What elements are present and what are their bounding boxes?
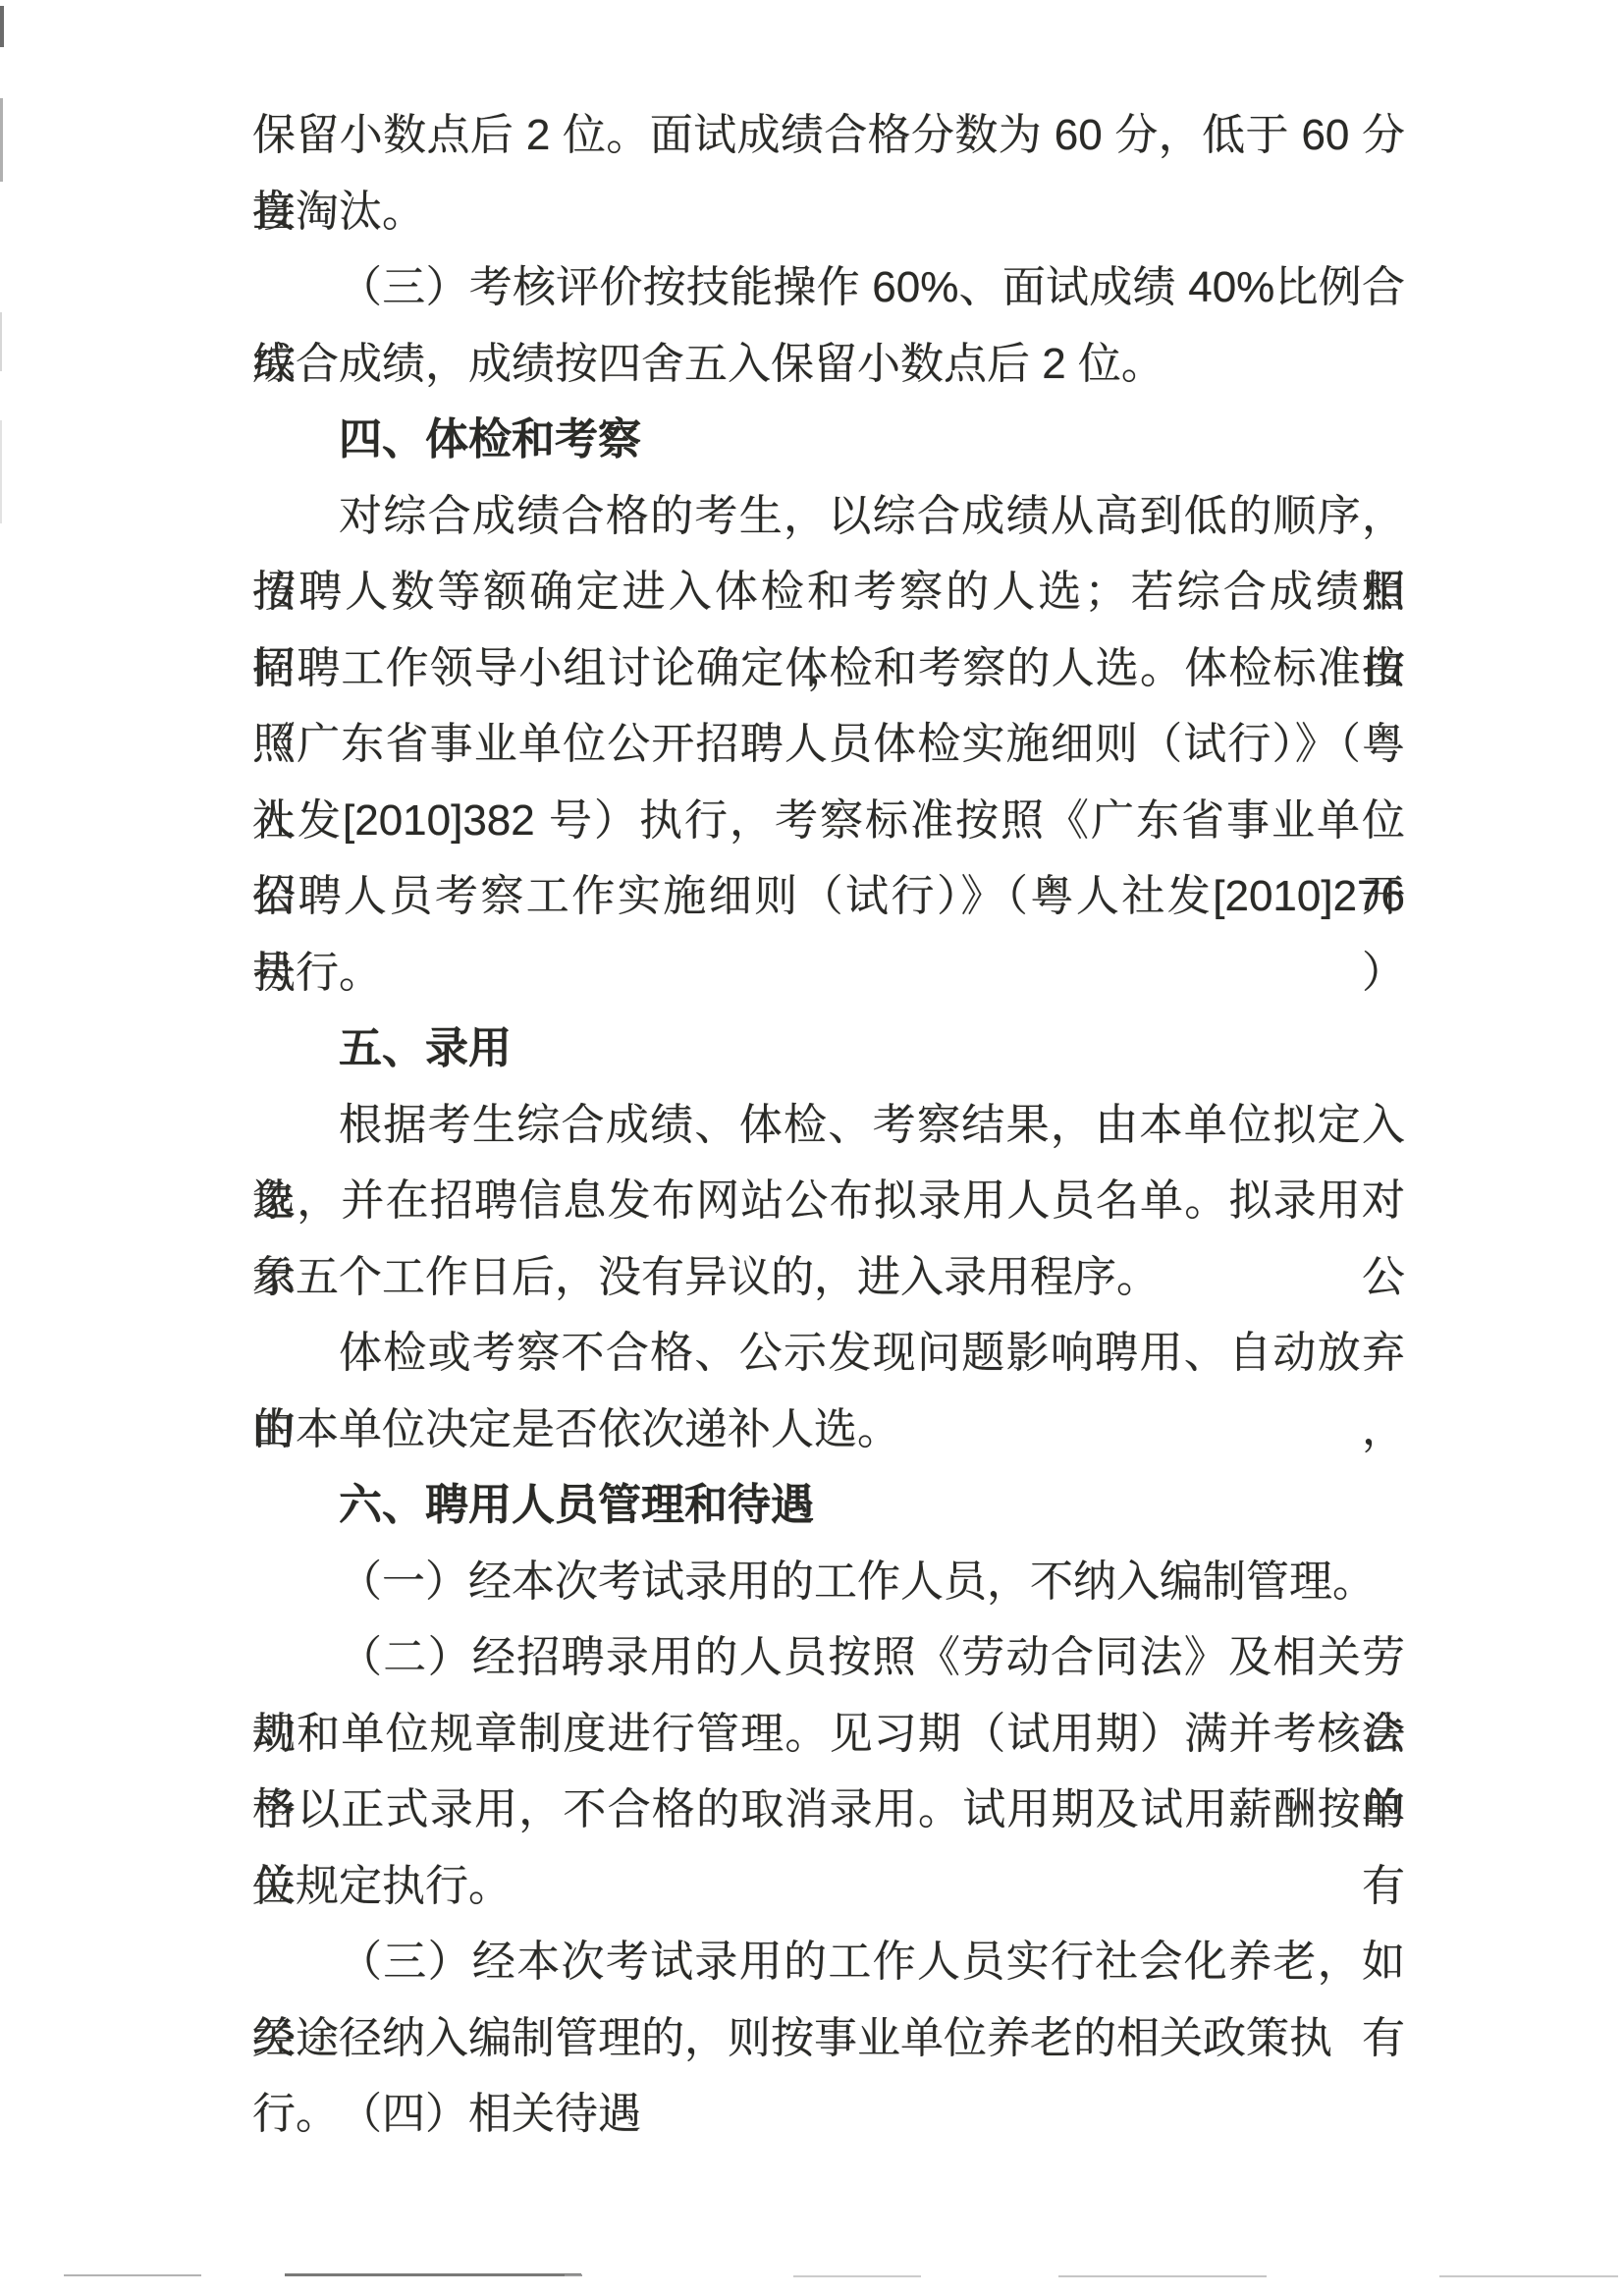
text-line: （三）经本次考试录用的工作人员实行社会化养老，如经有: [252, 1924, 1405, 2000]
text-line: 招聘人员考察工作实施细则（试行）》（粤人社发[2010]276 号）: [252, 858, 1405, 935]
text-line: 保留小数点后 2 位。面试成绩合格分数为 60 分，低于 60 分直: [252, 97, 1405, 174]
section-heading: 六、聘用人员管理和待遇: [252, 1467, 1405, 1544]
text-line: 《广东省事业单位公开招聘人员体检实施细则（试行）》（粤人: [252, 706, 1405, 783]
text-line: 接淘汰。: [252, 174, 1405, 250]
text-line: 综合成绩，成绩按四舍五入保留小数点后 2 位。: [252, 326, 1405, 403]
scan-bottom-artifact: [793, 2275, 921, 2277]
scan-bottom-artifact: [285, 2273, 581, 2276]
scan-edge-artifact: [0, 98, 3, 182]
scan-bottom-artifact: [64, 2274, 201, 2276]
scan-edge-artifact: [0, 312, 2, 371]
text-line: 招聘人数等额确定进入体检和考察的人选；若综合成绩相同，由: [252, 554, 1405, 630]
section-heading: 五、录用: [252, 1011, 1405, 1087]
text-line: 招聘工作领导小组讨论确定体检和考察的人选。体检标准按照: [252, 630, 1405, 707]
scan-bottom-artifact: [1058, 2275, 1267, 2277]
text-line: （二）经招聘录用的人员按照《劳动合同法》及相关劳动法: [252, 1619, 1405, 1696]
text-line: （四）相关待遇: [252, 2076, 1405, 2153]
section-heading: 四、体检和考察: [252, 402, 1405, 478]
text-line: 根据考生综合成绩、体检、考察结果，由本单位拟定入选对: [252, 1087, 1405, 1164]
scan-bottom-artifact: [1439, 2275, 1618, 2277]
text-line: 象，并在招聘信息发布网站公布拟录用人员名单。拟录用对象公: [252, 1163, 1405, 1239]
text-line: 社发[2010]382 号）执行，考察标准按照《广东省事业单位公开: [252, 783, 1405, 859]
text-line: 体检或考察不合格、公示发现问题影响聘用、自动放弃的，: [252, 1315, 1405, 1392]
scanned-document-page: 保留小数点后 2 位。面试成绩合格分数为 60 分，低于 60 分直 接淘汰。 …: [0, 0, 1623, 2296]
scan-bottom-artifact: [565, 2274, 582, 2276]
text-line: 关途径纳入编制管理的，则按事业单位养老的相关政策执行。: [252, 2000, 1405, 2077]
document-body: 保留小数点后 2 位。面试成绩合格分数为 60 分，低于 60 分直 接淘汰。 …: [252, 97, 1405, 2153]
scan-edge-artifact: [0, 6, 4, 47]
scan-edge-artifact: [0, 420, 2, 523]
text-line: 规和单位规章制度进行管理。见习期（试用期）满并考核合格的: [252, 1696, 1405, 1773]
text-line: 予以正式录用，不合格的取消录用。试用期及试用薪酬按单位有: [252, 1772, 1405, 1848]
text-line: （三）考核评价按技能操作 60%、面试成绩 40%比例合成: [252, 249, 1405, 326]
text-line: 对综合成绩合格的考生，以综合成绩从高到低的顺序，按照: [252, 478, 1405, 555]
text-line: （一）经本次考试录用的工作人员，不纳入编制管理。: [252, 1544, 1405, 1620]
